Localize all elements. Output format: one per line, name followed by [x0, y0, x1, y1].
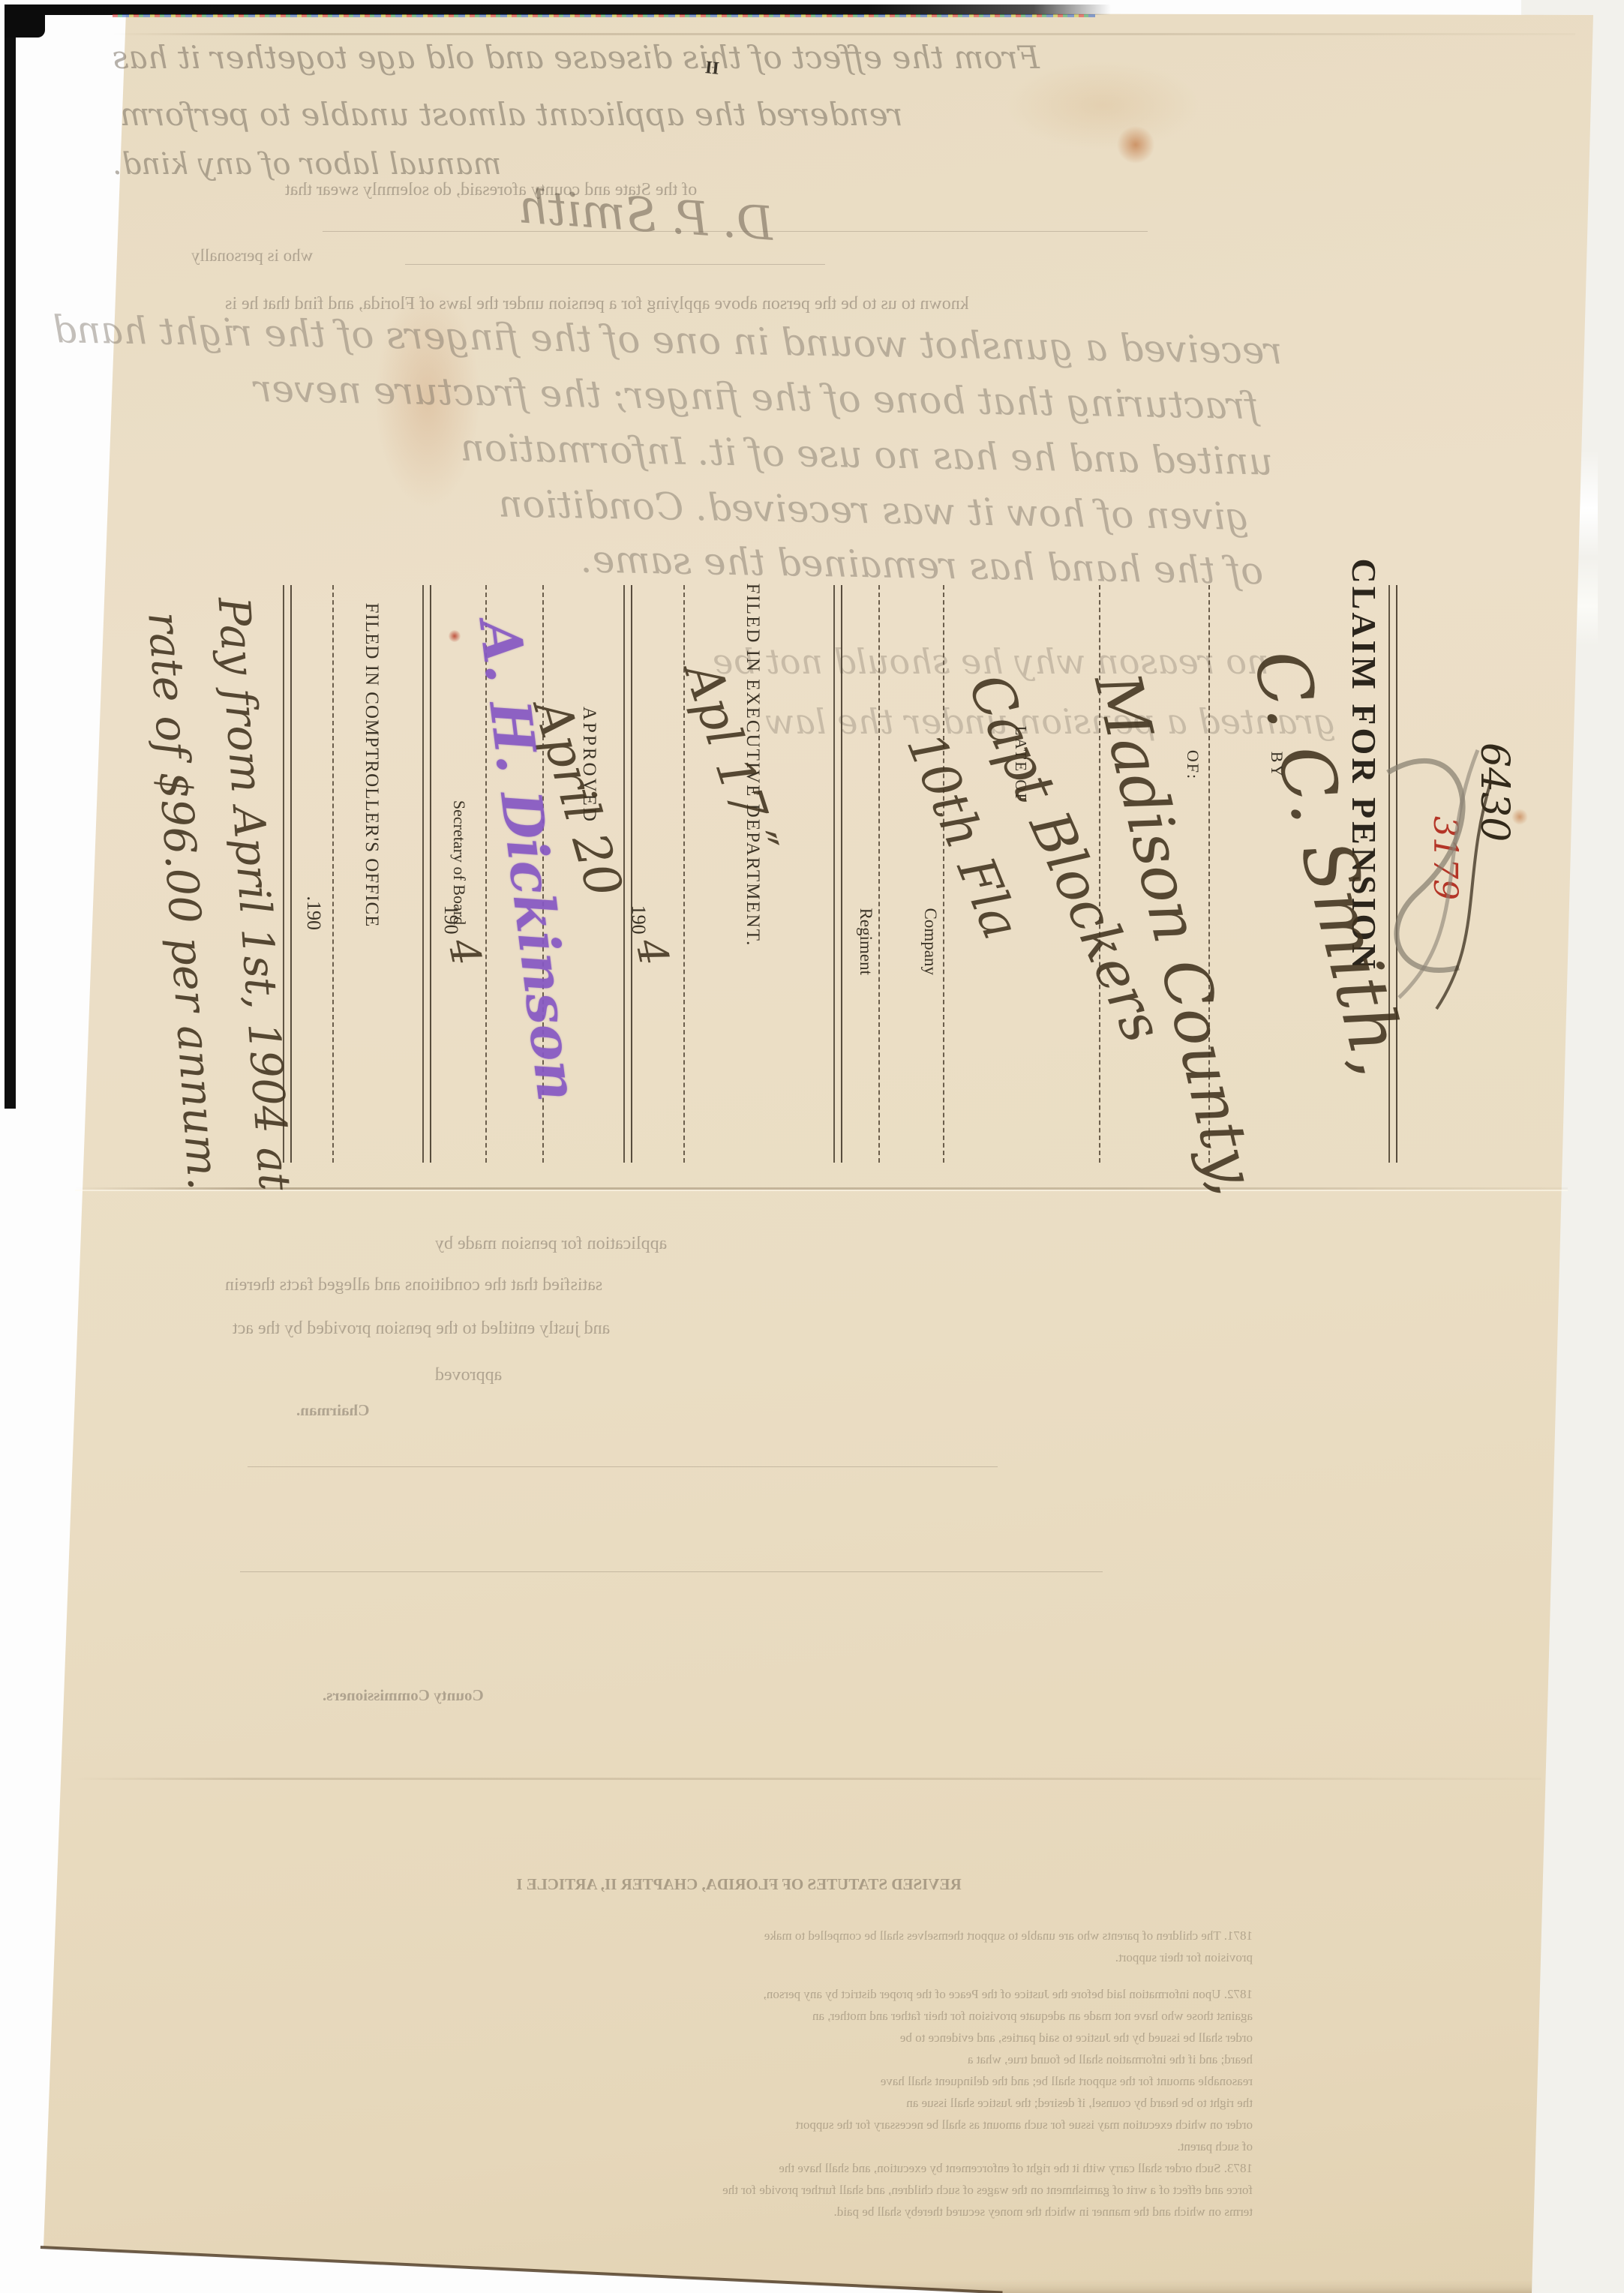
filed-executive-date-handwriting: Apl 17 ″ — [673, 656, 788, 861]
bleed-commissioners-label: County Commissioners. — [323, 1686, 484, 1705]
bleed-statute-line: 1873. Such order shall carry with it the… — [225, 2157, 1253, 2179]
bleed-statute-line: 1872. Upon information laid before the J… — [225, 1983, 1253, 2005]
bleed-rule-line — [405, 264, 825, 265]
bleed-statute-line: 1871. The children of parents who are un… — [225, 1925, 1253, 1946]
bleed-print-line: who is personally — [191, 246, 313, 266]
bleed-print-line: and justly entitled to the pension provi… — [233, 1319, 610, 1339]
double-rule — [422, 585, 431, 1163]
regiment-label: Regiment — [856, 555, 875, 975]
dashed-line — [332, 585, 334, 1163]
bleed-statute-line: force and effect of a writ of garnishmen… — [225, 2179, 1253, 2201]
scanner-edge-left — [5, 5, 16, 1109]
double-rule — [833, 585, 842, 1163]
by-label: BY — [1267, 555, 1286, 975]
bleed-rule-line — [240, 1571, 1103, 1572]
bleed-statute-line: heard; and if the information shall be f… — [225, 2048, 1253, 2070]
bleed-print-line: known to us to be the person above apply… — [225, 294, 969, 314]
comptroller-label: FILED IN COMPTROLLER'S OFFICE — [361, 555, 382, 975]
scanner-edge-top — [5, 5, 1111, 15]
bleed-statute-line: against those who have not made an adequ… — [225, 2005, 1253, 2027]
bleed-pencil-line: manual labor of any kind. — [113, 147, 501, 182]
dashed-line — [683, 585, 685, 1163]
dashed-line — [878, 585, 880, 1163]
pension-docket-panel: CLAIM FOR PENSION C. C. Smith, BY OF: Ma… — [143, 555, 1399, 975]
bleed-statute-line: order shall be issued by the Justice to … — [225, 2027, 1253, 2048]
bleed-statute-line: reasonable amount for the support shall … — [225, 2070, 1253, 2092]
bleed-statute-line: of such parent. — [225, 2135, 1253, 2157]
bleed-rule-line — [323, 231, 1148, 232]
bleed-chairman-label: Chairman. — [296, 1401, 369, 1420]
bleed-statutes-heading: REVISED STATUTES OF FLORIDA, CHAPTER II,… — [225, 1869, 1253, 1899]
fold-crease-highlight — [75, 1190, 1568, 1191]
year-handwriting: 4 — [626, 934, 678, 969]
bleed-statute-line: order on which execution may issue for s… — [225, 2114, 1253, 2135]
bleed-print-line: satisfied that the conditions and allege… — [225, 1275, 602, 1295]
bleed-statute-line: the right to be heard by counsel, if des… — [225, 2092, 1253, 2114]
bleed-statutes-block: REVISED STATUTES OF FLORIDA, CHAPTER II,… — [225, 1869, 1253, 2222]
pencil-scribble — [1365, 739, 1515, 1031]
bleed-statute-line: provision for their support. — [225, 1946, 1253, 1968]
bleed-pencil-line: rendered the applicant almost unable to … — [120, 96, 903, 133]
scanner-corner — [5, 5, 45, 38]
bleed-print-line: application for pension made by — [435, 1234, 667, 1254]
docket-rotated-content: CLAIM FOR PENSION C. C. Smith, BY OF: Ma… — [143, 555, 1399, 975]
comptroller-year-printed: .190 — [302, 765, 325, 930]
dashed-line — [943, 585, 944, 1163]
secretary-label: Secretary of Board — [449, 750, 469, 975]
bleed-print-line: approved — [435, 1365, 502, 1385]
bleed-statute-line: terms on which and the manner in which t… — [225, 2201, 1253, 2222]
bleed-pencil-line: From the effect of this disease and old … — [113, 39, 1040, 76]
scanned-document-page: From the effect of this disease and old … — [0, 0, 1624, 2293]
page-mark: II — [704, 58, 720, 80]
scanner-rgb-noise — [113, 14, 1095, 17]
bleed-rule-line — [248, 1466, 998, 1467]
